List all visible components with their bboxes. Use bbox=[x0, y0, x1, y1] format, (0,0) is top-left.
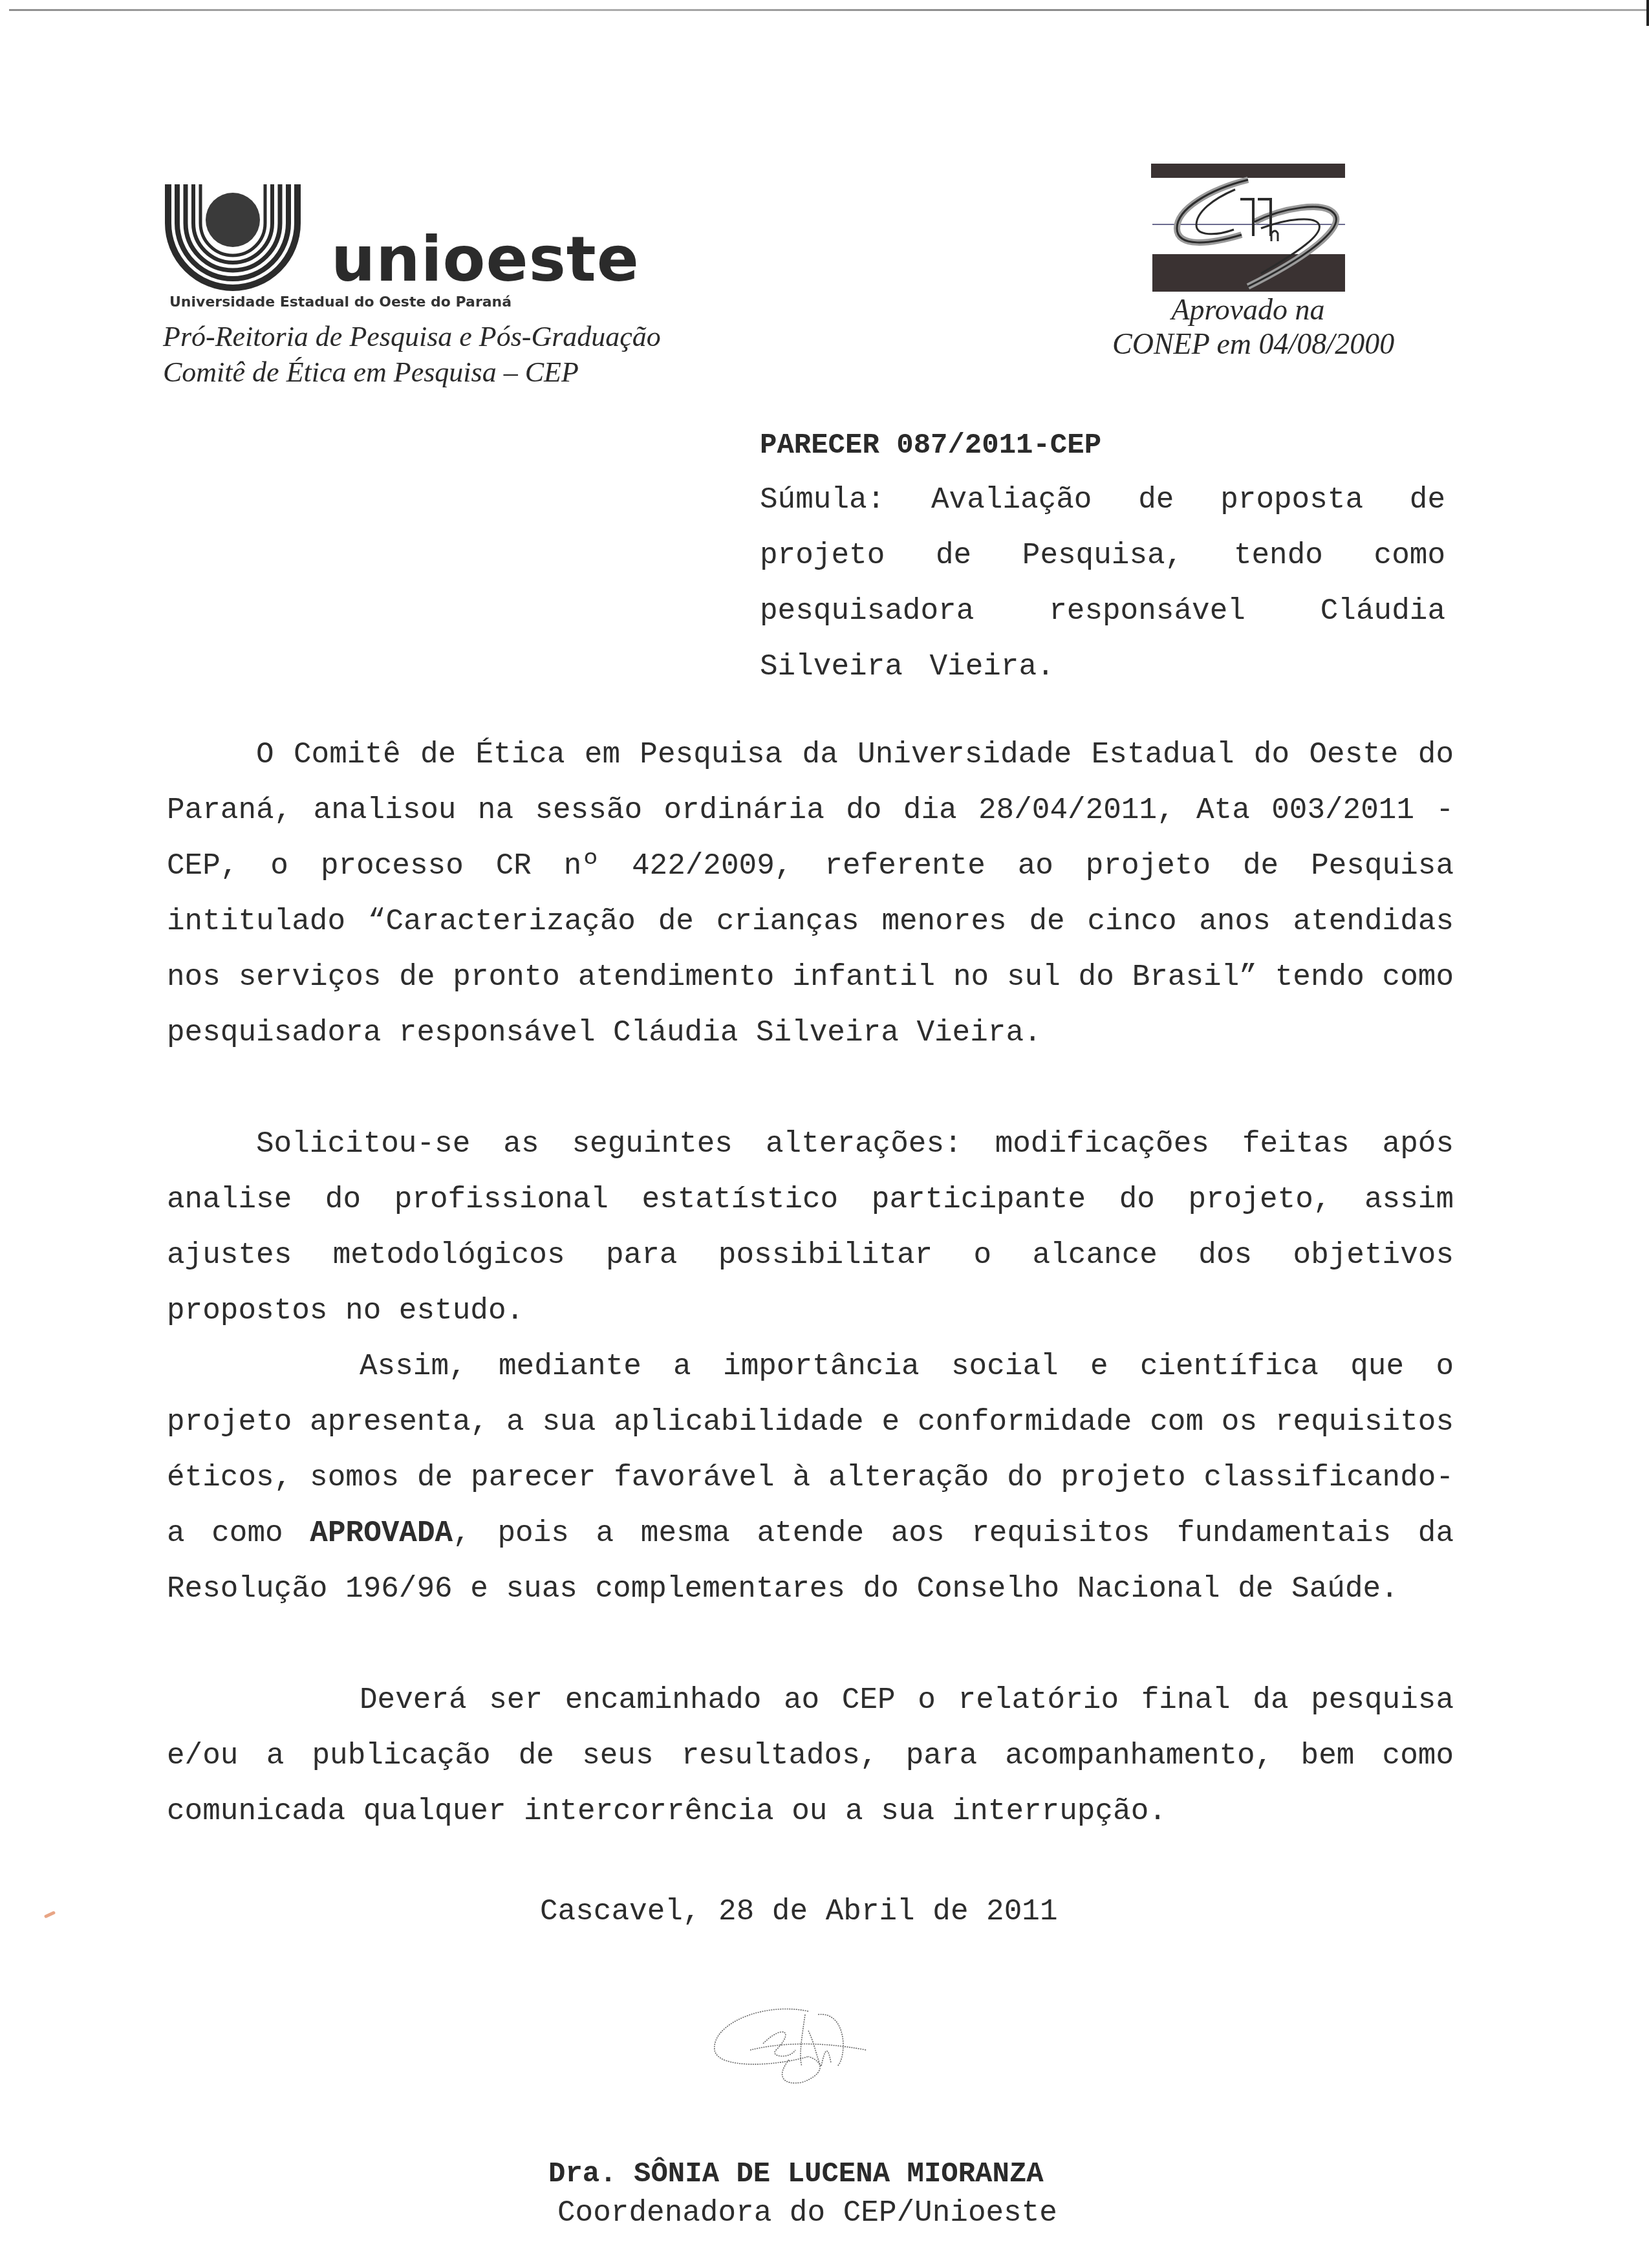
seal-caption-line-2: CONEP em 04/08/2000 bbox=[1112, 327, 1384, 361]
body-paragraph-4: Deverá ser encaminhado ao CEP o relatóri… bbox=[167, 1672, 1454, 1839]
scan-top-edge bbox=[9, 9, 1649, 11]
body-paragraph-1: O Comitê de Ética em Pesquisa da Univers… bbox=[167, 727, 1454, 1061]
scan-right-edge bbox=[1646, 0, 1649, 26]
logo-wordmark: unioeste bbox=[331, 223, 640, 296]
unioeste-logo-icon bbox=[162, 184, 304, 294]
cep-seal-block: Aprovado na CONEP em 04/08/2000 bbox=[1099, 149, 1487, 382]
body-paragraph-3: Assim, mediante a importância social e c… bbox=[167, 1339, 1454, 1617]
approval-status: APROVADA bbox=[310, 1517, 453, 1550]
body-paragraph-2: Solicitou-se as seguintes alterações: mo… bbox=[167, 1116, 1454, 1339]
signer-role: Coordenadora do CEP/Unioeste bbox=[557, 2196, 1057, 2230]
place-and-date: Cascavel, 28 de Abril de 2011 bbox=[540, 1895, 1058, 1928]
margin-ink-mark bbox=[44, 1910, 56, 1918]
department-line-1: Pró-Reitoria de Pesquisa e Pós-Graduação bbox=[163, 320, 661, 353]
document-title: PARECER 087/2011-CEP bbox=[760, 429, 1101, 462]
signer-name: Dra. SÔNIA DE LUCENA MIORANZA bbox=[548, 2158, 1044, 2190]
cep-seal-icon bbox=[1151, 164, 1345, 293]
document-summary: Súmula: Avaliação de proposta de projeto… bbox=[760, 472, 1445, 695]
university-name: Universidade Estadual do Oeste do Paraná bbox=[169, 294, 512, 310]
seal-caption-line-1: Aprovado na bbox=[1151, 292, 1345, 327]
department-line-2: Comitê de Ética em Pesquisa – CEP bbox=[163, 356, 579, 389]
handwritten-signature-icon bbox=[698, 2005, 918, 2095]
